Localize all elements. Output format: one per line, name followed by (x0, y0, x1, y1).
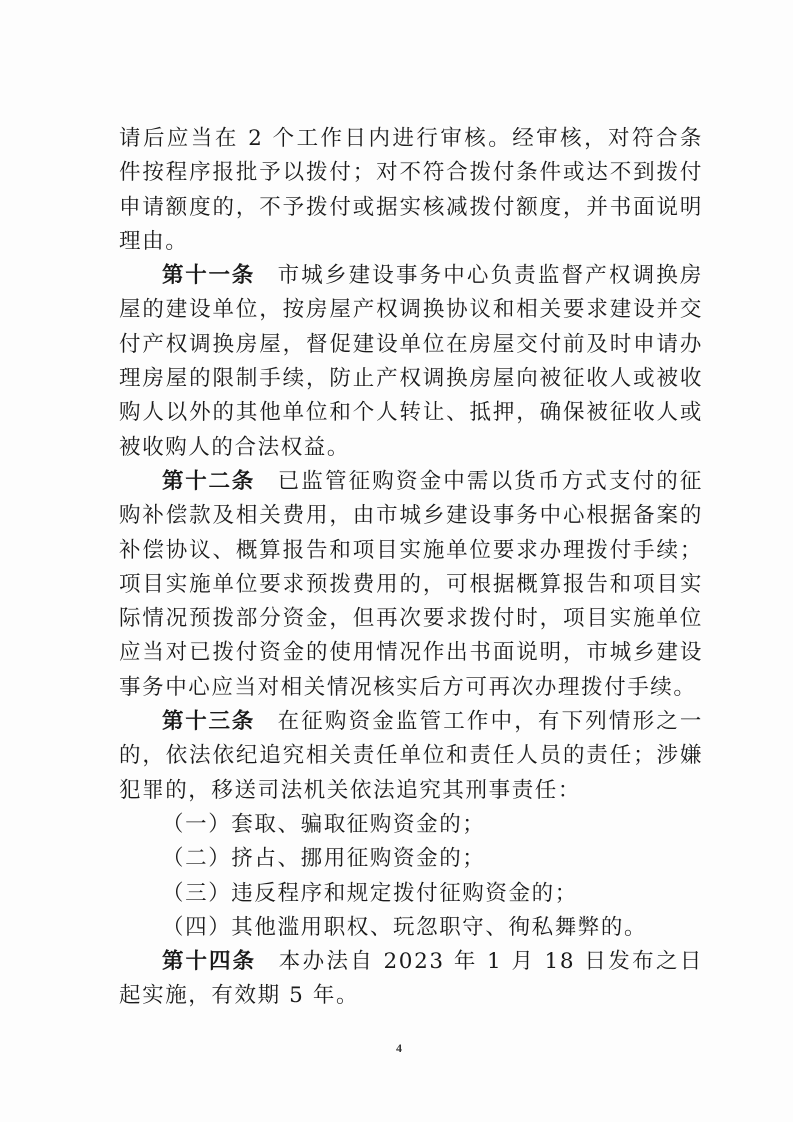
continuation-paragraph: 请后应当在 2 个工作日内进行审核。经审核，对符合条件按程序报批予以拨付；对不符… (119, 122, 703, 259)
list-item: （一）套取、骗取征购资金的； (119, 808, 703, 842)
article-12: 第十二条已监管征购资金中需以货币方式支付的征购补偿款及相关费用，由市城乡建设事务… (119, 465, 703, 705)
article-13: 第十三条在征购资金监管工作中，有下列情形之一的，依法依纪追究相关责任单位和责任人… (119, 705, 703, 808)
article-title: 第十二条 (162, 469, 255, 494)
article-14: 第十四条本办法自 2023 年 1 月 18 日发布之日起实施，有效期 5 年。 (119, 945, 703, 1014)
article-text: 市城乡建设事务中心负责监督产权调换房屋的建设单位，按房屋产权调换协议和相关要求建… (119, 263, 703, 459)
document-body: 请后应当在 2 个工作日内进行审核。经审核，对符合条件按程序报批予以拨付；对不符… (119, 122, 703, 1014)
article-11: 第十一条市城乡建设事务中心负责监督产权调换房屋的建设单位，按房屋产权调换协议和相… (119, 259, 703, 465)
page-number: 4 (392, 1041, 406, 1056)
article-text: 已监管征购资金中需以货币方式支付的征购补偿款及相关费用，由市城乡建设事务中心根据… (119, 469, 703, 700)
list-item: （三）违反程序和规定拨付征购资金的； (119, 877, 703, 911)
document-page: 请后应当在 2 个工作日内进行审核。经审核，对符合条件按程序报批予以拨付；对不符… (0, 0, 793, 1122)
list-item: （四）其他滥用职权、玩忽职守、徇私舞弊的。 (119, 911, 703, 945)
list-item: （二）挤占、挪用征购资金的； (119, 842, 703, 876)
article-title: 第十三条 (162, 709, 255, 734)
article-title: 第十一条 (162, 263, 255, 288)
article-title: 第十四条 (162, 949, 256, 974)
